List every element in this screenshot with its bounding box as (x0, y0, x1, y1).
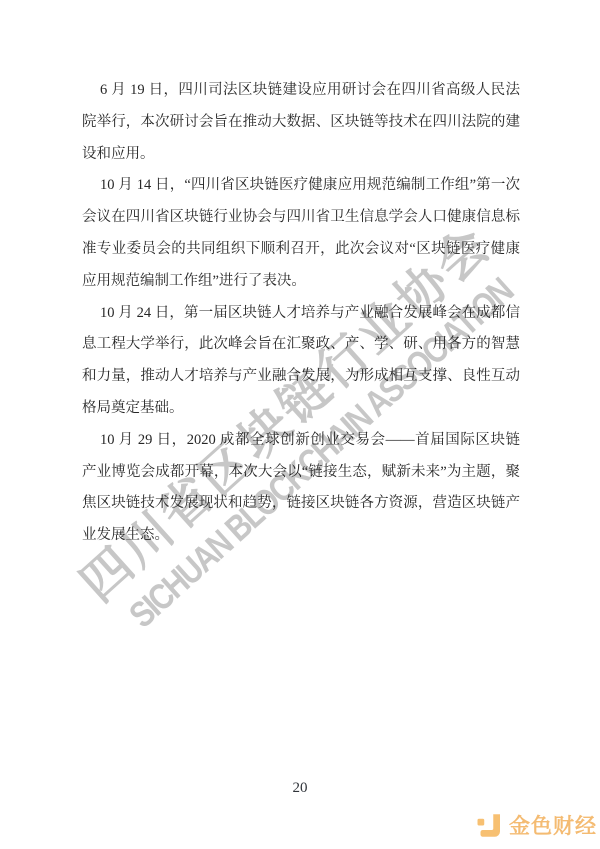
document-page: 四川省区块链行业协会 SICHUAN BLOCKCHAIN ASSOCIATIO… (0, 0, 600, 849)
paragraph-event-oct24: 10 月 24 日，第一届区块链人才培养与产业融合发展峰会在成都信息工程大学举行… (82, 298, 520, 425)
jinse-finance-icon (476, 812, 503, 839)
brand-name-text: 金色财经 (509, 810, 597, 840)
paragraph-event-oct29: 10 月 29 日，2020 成都全球创新创业交易会——首届国际区块链产业博览会… (82, 425, 520, 552)
paragraph-event-jun19: 6 月 19 日，四川司法区块链建设应用研讨会在四川省高级人民法院举行，本次研讨… (82, 75, 520, 170)
page-number: 20 (0, 780, 600, 797)
paragraph-event-oct14: 10 月 14 日，“四川省区块链医疗健康应用规范编制工作组”第一次会议在四川省… (82, 170, 520, 297)
document-body: 6 月 19 日，四川司法区块链建设应用研讨会在四川省高级人民法院举行，本次研讨… (82, 75, 520, 552)
jinse-finance-logo: 金色财经 (476, 810, 597, 840)
